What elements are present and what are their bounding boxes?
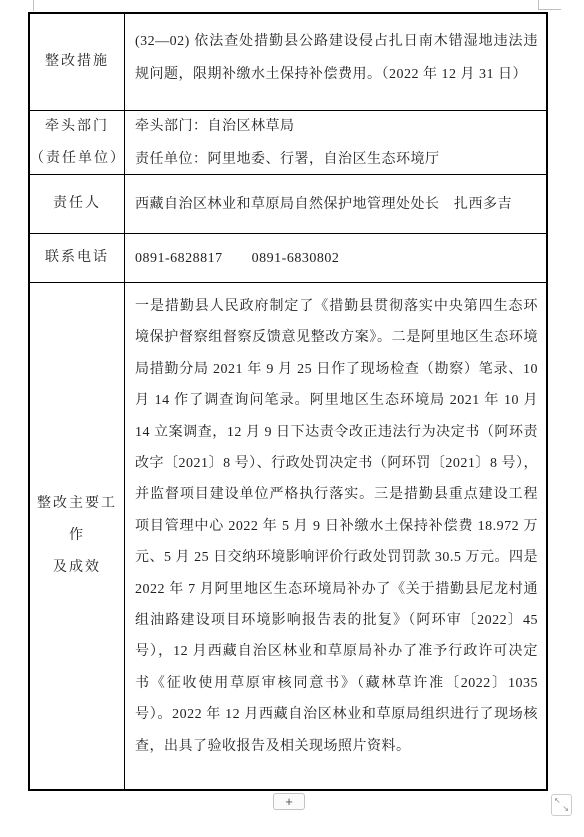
top-right-clipped-border-line-horizontal bbox=[538, 9, 561, 10]
row-label-responsible-person: 责任人 bbox=[30, 175, 125, 233]
table-row-rectification-measures: 整改措施 (32—02) 依法查处措勤县公路建设侵占扎日南木错湿地违法违规问题，… bbox=[30, 14, 546, 111]
top-left-clipped-border-line bbox=[33, 0, 34, 11]
rectification-report-table: 整改措施 (32—02) 依法查处措勤县公路建设侵占扎日南木错湿地违法违规问题，… bbox=[28, 12, 548, 791]
row-label-contact-phone: 联系电话 bbox=[30, 234, 125, 282]
row-label-lead-department: 牵头部门 （责任单位） bbox=[30, 111, 125, 174]
row-label-rectification-measures: 整改措施 bbox=[30, 14, 125, 110]
row-content-lead-department: 牵头部门：自治区林草局 责任单位：阿里地委、行署，自治区生态环境厅 bbox=[125, 111, 546, 174]
row-content-rectification-measures: (32—02) 依法查处措勤县公路建设侵占扎日南木错湿地违法违规问题，限期补缴水… bbox=[125, 14, 546, 110]
expand-button[interactable]: ↖ ↘ bbox=[551, 794, 572, 816]
arrow-up-left-icon: ↖ bbox=[554, 797, 561, 805]
table-row-responsible-person: 责任人 西藏自治区林业和草原局自然保护地管理处处长 扎西多吉 bbox=[30, 175, 546, 234]
arrow-down-right-icon: ↘ bbox=[562, 805, 569, 813]
table-row-main-work-results: 整改主要工作 及成效 一是措勤县人民政府制定了《措勤县贯彻落实中央第四生态环境保… bbox=[30, 283, 546, 789]
document-page: 整改措施 (32—02) 依法查处措勤县公路建设侵占扎日南木错湿地违法违规问题，… bbox=[0, 0, 584, 837]
row-label-main-work-results: 整改主要工作 及成效 bbox=[30, 283, 125, 789]
row-content-main-work-results: 一是措勤县人民政府制定了《措勤县贯彻落实中央第四生态环境保护督察组督察反馈意见整… bbox=[125, 283, 546, 789]
table-row-lead-department: 牵头部门 （责任单位） 牵头部门：自治区林草局 责任单位：阿里地委、行署，自治区… bbox=[30, 111, 546, 175]
add-button[interactable]: + bbox=[273, 793, 305, 810]
table-row-contact-phone: 联系电话 0891-6828817 0891-6830802 bbox=[30, 234, 546, 283]
row-content-responsible-person: 西藏自治区林业和草原局自然保护地管理处处长 扎西多吉 bbox=[125, 175, 546, 233]
row-content-contact-phone: 0891-6828817 0891-6830802 bbox=[125, 234, 546, 282]
